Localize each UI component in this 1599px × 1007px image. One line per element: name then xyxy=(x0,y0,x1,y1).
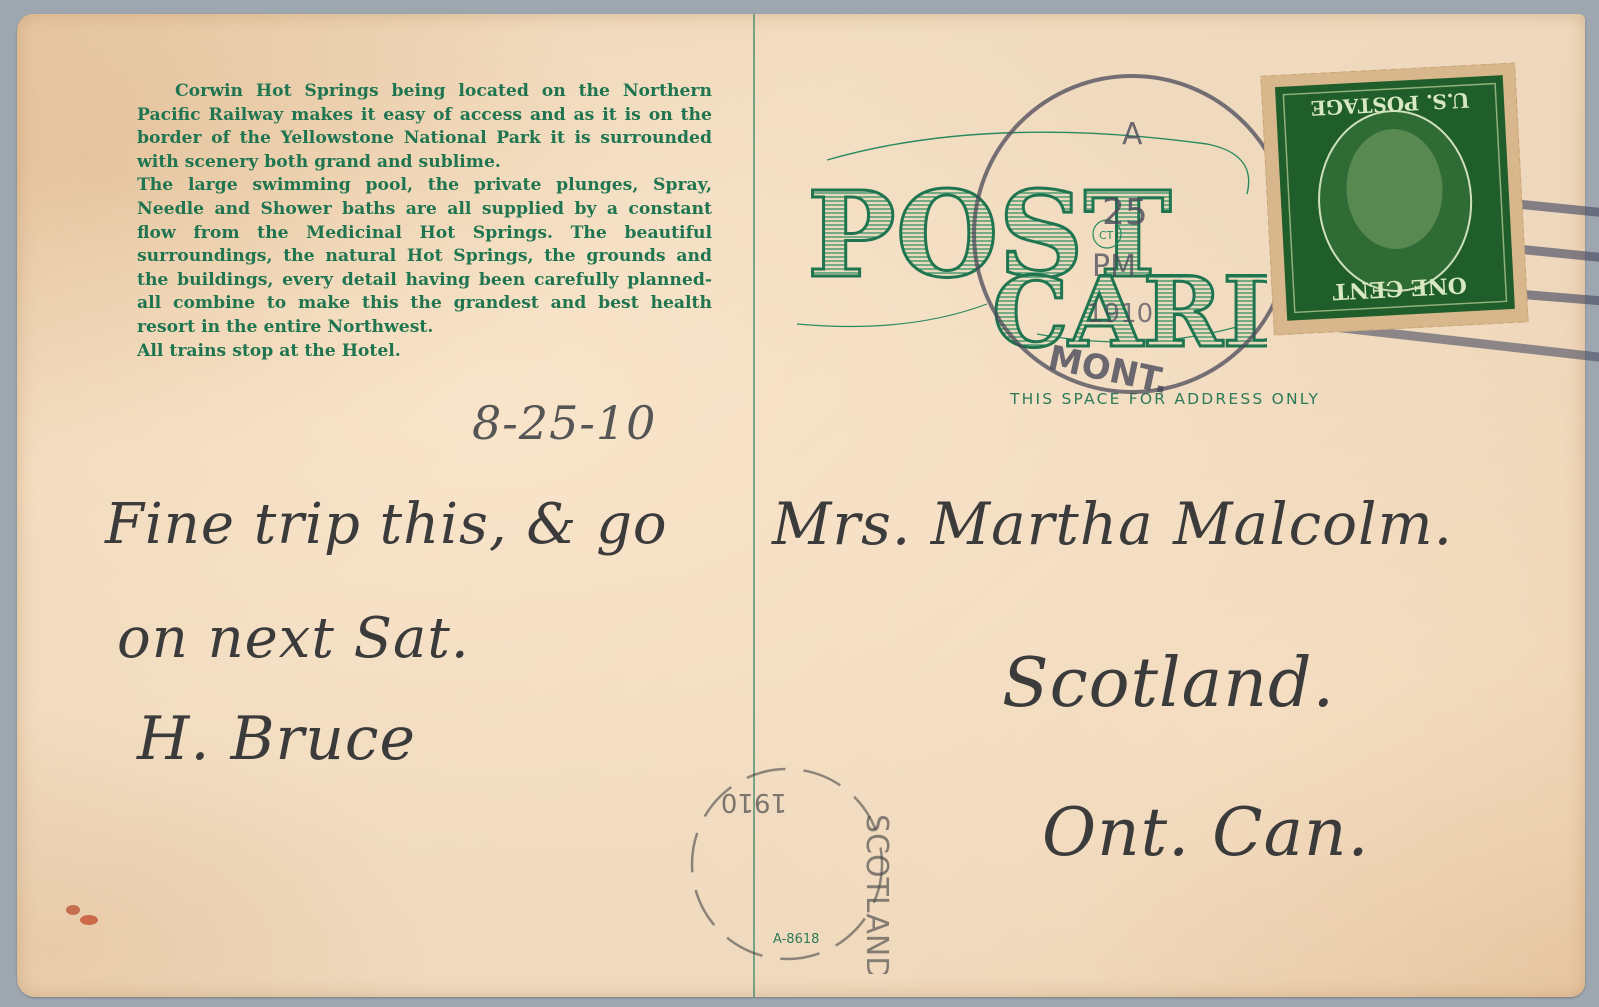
printed-advertisement-text: Corwin Hot Springs being located on the … xyxy=(137,80,712,363)
printed-paragraph-2: The large swimming pool, the private plu… xyxy=(137,174,712,339)
card-catalog-code: A-8618 xyxy=(773,932,819,947)
postcard-back: Corwin Hot Springs being located on the … xyxy=(17,14,1585,997)
printed-paragraph-3: All trains stop at the Hotel. xyxy=(137,340,712,364)
svg-text:1910: 1910 xyxy=(721,787,787,817)
svg-text:PM: PM xyxy=(1092,249,1136,284)
svg-text:25: 25 xyxy=(1102,192,1148,233)
svg-text:MONT.: MONT. xyxy=(1045,338,1173,403)
svg-text:SCOTLAND: SCOTLAND xyxy=(859,814,894,974)
handwritten-date: 8-25-10 xyxy=(472,396,656,450)
address-line-1: Mrs. Martha Malcolm. xyxy=(772,490,1453,558)
address-line-2: Scotland. xyxy=(1002,644,1335,723)
handwritten-message-line-1: Fine trip this, & go xyxy=(105,492,668,557)
handwritten-message-line-2: on next Sat. xyxy=(117,606,470,671)
svg-text:1910: 1910 xyxy=(1087,299,1153,329)
montana-postmark: A 25 PM 1910 MONT. xyxy=(952,54,1312,414)
printed-paragraph-1: Corwin Hot Springs being located on the … xyxy=(137,80,712,174)
handwritten-signature: H. Bruce xyxy=(137,704,416,774)
rust-stain xyxy=(55,896,105,936)
one-cent-stamp: ONE CENT U.S. POSTAGE xyxy=(1260,63,1528,336)
svg-text:A: A xyxy=(1122,117,1143,152)
address-line-3: Ont. Can. xyxy=(1042,794,1369,871)
